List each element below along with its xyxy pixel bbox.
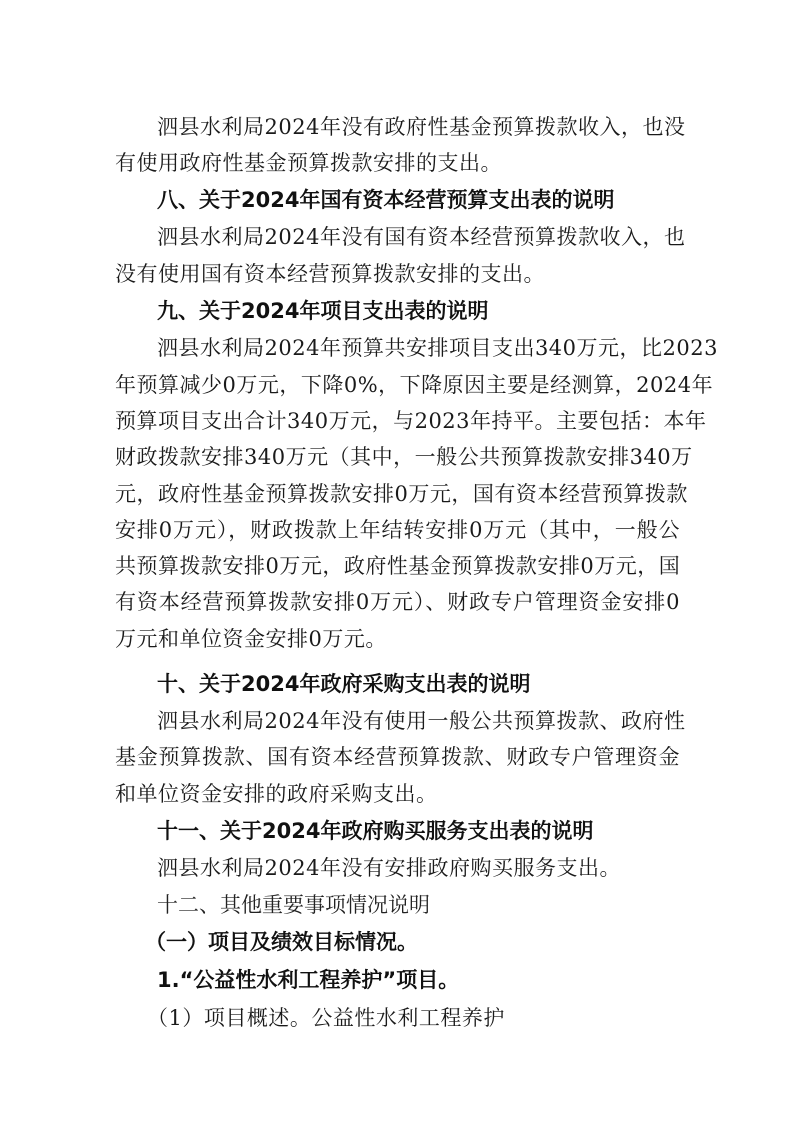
paragraph-line: 万元和单位资金安排0万元。 xyxy=(115,621,680,657)
paragraph-line: 共预算拨款安排0万元，政府性基金预算拨款安排0万元，国 xyxy=(115,548,680,584)
subsection-heading: （一）项目及绩效目标情况。 xyxy=(145,924,680,960)
paragraph-line: 泗县水利局2024年没有国有资本经营预算拨款收入，也 xyxy=(157,219,680,255)
paragraph-line: 泗县水利局2024年没有政府性基金预算拨款收入，也没 xyxy=(157,109,680,145)
paragraph-line: 年预算减少0万元，下降0%，下降原因主要是经测算，2024年 xyxy=(115,367,680,403)
paragraph-line: （1）项目概述。公益性水利工程养护 xyxy=(147,1000,680,1036)
paragraph-line: 泗县水利局2024年预算共安排项目支出340万元，比2023 xyxy=(157,330,680,366)
paragraph-line: 没有使用国有资本经营预算拨款安排的支出。 xyxy=(115,256,680,292)
paragraph-line: 泗县水利局2024年没有安排政府购买服务支出。 xyxy=(157,850,680,886)
paragraph-line: 安排0万元），财政拨款上年结转安排0万元（其中，一般公 xyxy=(115,512,680,548)
paragraph-line: 有资本经营预算拨款安排0万元）、财政专户管理资金安排0 xyxy=(115,584,680,620)
paragraph-line: 财政拨款安排340万元（其中，一般公共预算拨款安排340万 xyxy=(115,439,680,475)
section-heading-12: 十二、其他重要事项情况说明 xyxy=(157,887,680,923)
paragraph-line: 和单位资金安排的政府采购支出。 xyxy=(115,776,680,812)
document-page: 泗县水利局2024年没有政府性基金预算拨款收入，也没 有使用政府性基金预算拨款安… xyxy=(0,0,793,1122)
section-heading-8: 八、关于2024年国有资本经营预算支出表的说明 xyxy=(157,182,680,218)
paragraph-line: 元，政府性基金预算拨款安排0万元，国有资本经营预算拨款 xyxy=(115,476,680,512)
paragraph-line: 泗县水利局2024年没有使用一般公共预算拨款、政府性 xyxy=(157,703,680,739)
paragraph-line: 有使用政府性基金预算拨款安排的支出。 xyxy=(115,145,680,181)
paragraph-line: 预算项目支出合计340万元，与2023年持平。主要包括：本年 xyxy=(115,403,680,439)
item-heading: 1.“公益性水利工程养护”项目。 xyxy=(157,962,680,998)
paragraph-line: 基金预算拨款、国有资本经营预算拨款、财政专户管理资金 xyxy=(115,739,680,775)
section-heading-10: 十、关于2024年政府采购支出表的说明 xyxy=(157,666,680,702)
section-heading-9: 九、关于2024年项目支出表的说明 xyxy=(157,293,680,329)
section-heading-11: 十一、关于2024年政府购买服务支出表的说明 xyxy=(157,813,680,849)
